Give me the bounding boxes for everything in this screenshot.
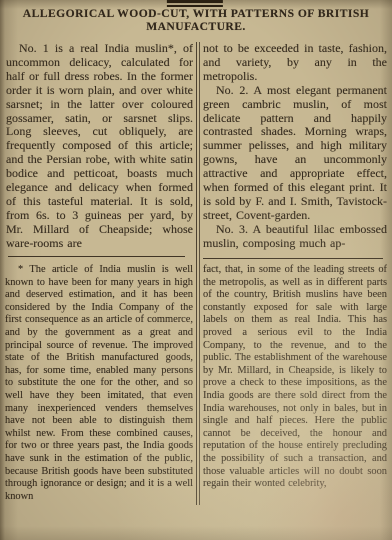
document-page: ALLEGORICAL WOOD-CUT, WITH PATTERNS OF B… bbox=[0, 0, 392, 540]
paragraph: No. 2. A most elegant permanent green ca… bbox=[203, 84, 387, 223]
column-divider-rule bbox=[196, 42, 200, 505]
page-title-line1: ALLEGORICAL WOOD-CUT, WITH PATTERNS OF B… bbox=[2, 8, 390, 21]
page-title: ALLEGORICAL WOOD-CUT, WITH PATTERNS OF B… bbox=[2, 8, 390, 33]
footnote-text-left-column: * The article of India muslin is well kn… bbox=[5, 264, 193, 508]
paragraph: fact, that, in some of the leading stree… bbox=[203, 264, 387, 491]
paragraph: * The article of India muslin is well kn… bbox=[5, 264, 193, 503]
footnote-text-right-column: fact, that, in some of the leading stree… bbox=[203, 264, 387, 508]
footnote-separator-right bbox=[203, 258, 383, 259]
paragraph: No. 1 is a real India muslin*, of uncomm… bbox=[6, 42, 193, 251]
paragraph: No. 3. A beautiful lilac embossed muslin… bbox=[203, 223, 387, 251]
footnote-separator-left bbox=[8, 256, 185, 257]
paragraph: not to be exceeded in taste, fashion, an… bbox=[203, 42, 387, 84]
page-title-line2: MANUFACTURE. bbox=[2, 21, 390, 34]
main-text-left-column: No. 1 is a real India muslin*, of uncomm… bbox=[6, 42, 193, 254]
main-text-right-column: not to be exceeded in taste, fashion, an… bbox=[203, 42, 387, 254]
header-rule-ornament bbox=[167, 0, 223, 7]
